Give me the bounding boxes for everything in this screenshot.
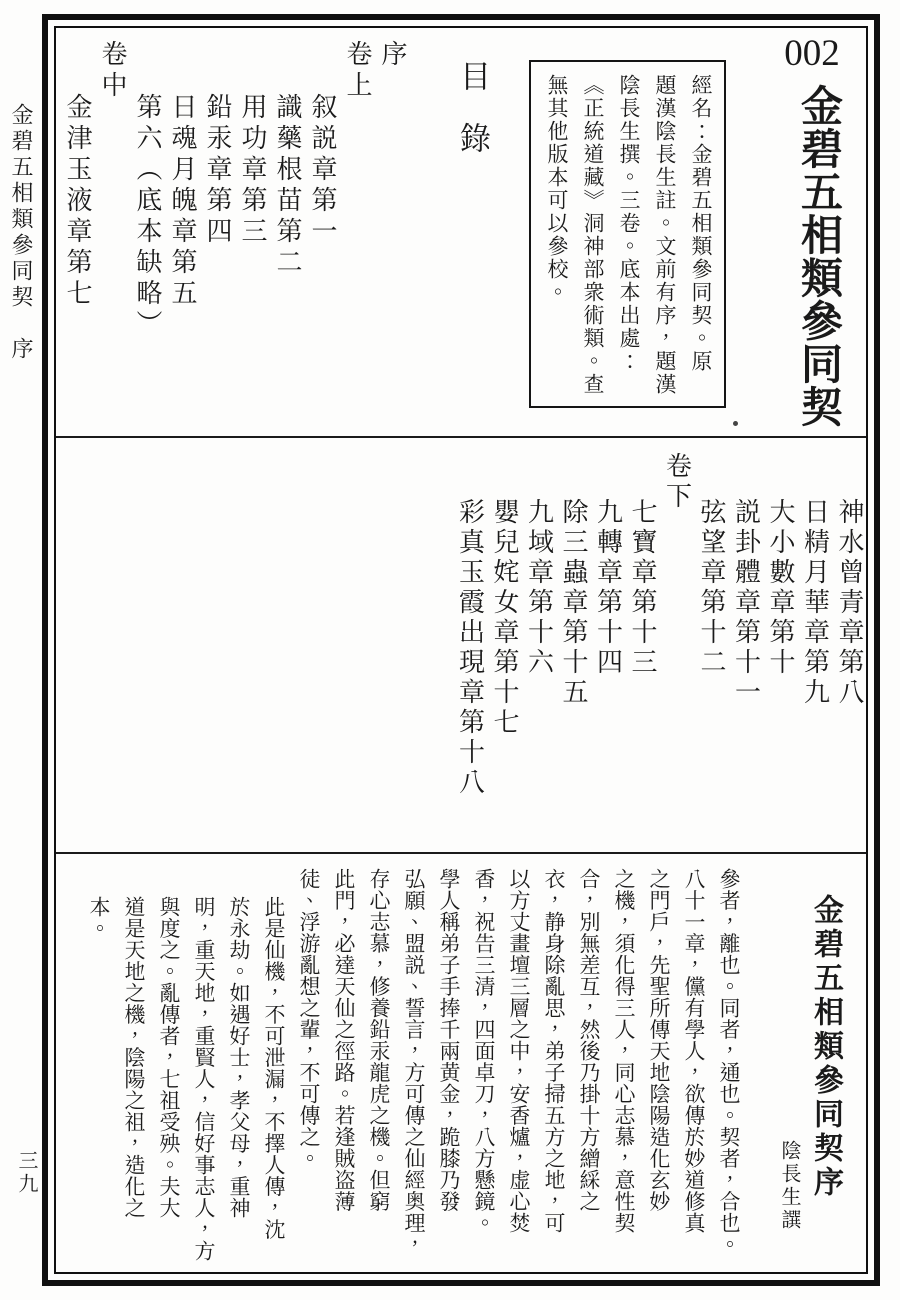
colophon-line: 陰長生撰。三卷。底本出處： (611, 74, 647, 394)
preface-column: 此門，必達天仙之徑路。若逢賊盗薄 (326, 868, 361, 1272)
toc-entry: 説卦體章第十一 (728, 452, 763, 846)
toc-entry: 九域章第十六 (521, 452, 556, 846)
toc-entry: 序 (375, 40, 410, 430)
toc-entry: 除三蟲章第十五 (556, 452, 591, 846)
toc-entry: 金津玉液章第七 (60, 40, 95, 430)
toc-entry: 弦望章第十二 (694, 452, 729, 846)
preface-column: 合，別無差互，然後乃掛十方繒綵之 (571, 868, 606, 1272)
preface-column: 之門户，先聖所傳天地陰陽造化玄妙 (641, 868, 676, 1272)
preface-column: 此是仙機，不可泄漏，不擇人傳，沈 (256, 896, 291, 1272)
preface-section: 金碧五相類參同契序 陰長生譔 參者，離也。同者，通也。契者，合也。八十一章，儻有… (56, 856, 866, 1280)
preface-column: 之機，須化得三人，同心志慕，意性契 (606, 868, 641, 1272)
scanned-book-page: { "colors": { "ink": "#1a1a1a", "paper":… (0, 0, 900, 1300)
preface-column: 參者，離也。同者，通也。契者，合也。 (711, 868, 746, 1272)
toc-entry: 用功章第三 (235, 40, 270, 430)
toc-entry: 識藥根苗第二 (270, 40, 305, 430)
preface-column: 衣，静身除亂思，弟子掃五方之地，可 (536, 868, 571, 1272)
toc-entry: 卷下 (659, 452, 694, 846)
preface-paragraph-1: 參者，離也。同者，通也。契者，合也。八十一章，儻有學人，欲傳於妙道修真之門户，先… (291, 868, 746, 1272)
toc-entry: 嬰兒姹女章第十七 (487, 452, 522, 846)
toc-entry: 第六（底本缺略） (130, 40, 165, 430)
book-main-title: 金碧五相類參同契 (789, 84, 847, 434)
toc-entry: 日魂月魄章第五 (165, 40, 200, 430)
colophon-line: 經名：金碧五相類參同契。原 (683, 74, 719, 394)
document-code: 002 (768, 32, 856, 75)
toc-entry: 日精月華章第九 (797, 452, 832, 846)
toc-entry: 彩真玉霞出現章第十八 (452, 452, 487, 846)
toc-entry: 神水曾青章第八 (832, 452, 867, 846)
preface-column: 學人稱弟子手捧千兩黄金，跪膝乃發 (431, 868, 466, 1272)
toc-heading: 目 錄 (453, 60, 491, 380)
toc-lower-list: 神水曾青章第八日精月華章第九大小數章第十説卦體章第十一弦望章第十二卷下七寶章第十… (447, 442, 866, 846)
colophon-note-box: 經名：金碧五相類參同契。原題漢陰長生註。文前有序，題漢陰長生撰。三卷。底本出處：… (529, 60, 726, 408)
preface-column: 明，重天地，重賢人，信好事志人，方 (186, 896, 221, 1272)
preface-paragraph-2: 此是仙機，不可泄漏，不擇人傳，沈於永劫。如遇好士，孝父母，重神明，重天地，重賢人… (81, 868, 291, 1272)
toc-entry: 九轉章第十四 (590, 452, 625, 846)
preface-title: 金碧五相類參同契序 (804, 868, 846, 1272)
colophon-line: 無其他版本可以參校。 (539, 74, 575, 394)
colophon-line: 題漢陰長生註。文前有序，題漢 (647, 74, 683, 394)
preface-column: 弘願、盟説、誓言，方可傳之仙經奥理， (396, 868, 431, 1272)
toc-entry: 叙説章第一 (305, 40, 340, 430)
toc-entry: 卷中 (95, 40, 130, 430)
folio-page-number: 三九 (13, 1150, 39, 1196)
preface-column: 徒、浮游亂想之輩，不可傳之。 (291, 868, 326, 1272)
preface-column: 八十一章，儻有學人，欲傳於妙道修真 (676, 868, 711, 1272)
preface-column: 與度之。亂傳者，七祖受殃。夫大 (151, 896, 186, 1272)
preface-column: 以方丈畫壇三層之中，安香爐，虚心焚 (501, 868, 536, 1272)
preface-column: 於永劫。如遇好士，孝父母，重神 (221, 896, 256, 1272)
toc-entry: 大小數章第十 (763, 452, 798, 846)
preface-column: 香，祝告三清，四面卓刀，八方懸鏡。 (466, 868, 501, 1272)
preface-author: 陰長生譔 (774, 868, 804, 1272)
section-divider-top (56, 436, 866, 438)
ink-dot-artifact (733, 421, 738, 426)
running-margin-title: 金碧五相類參同契 序 (7, 103, 35, 363)
toc-entry: 卷上 (340, 40, 375, 430)
preface-column: 道是天地之機，陰陽之祖，造化之 (116, 896, 151, 1272)
preface-column: 本。 (81, 896, 116, 1272)
colophon-line: 《正統道藏》洞神部衆術類。查 (575, 74, 611, 394)
section-divider-bottom (56, 852, 866, 854)
toc-entry: 鉛汞章第四 (200, 40, 235, 430)
toc-upper-list: 序卷上叙説章第一識藥根苗第二用功章第三鉛汞章第四日魂月魄章第五第六（底本缺略）卷… (56, 32, 410, 430)
preface-column: 存心志慕，修養鉛汞龍虎之機。但窮 (361, 868, 396, 1272)
toc-entry: 七寶章第十三 (625, 452, 660, 846)
